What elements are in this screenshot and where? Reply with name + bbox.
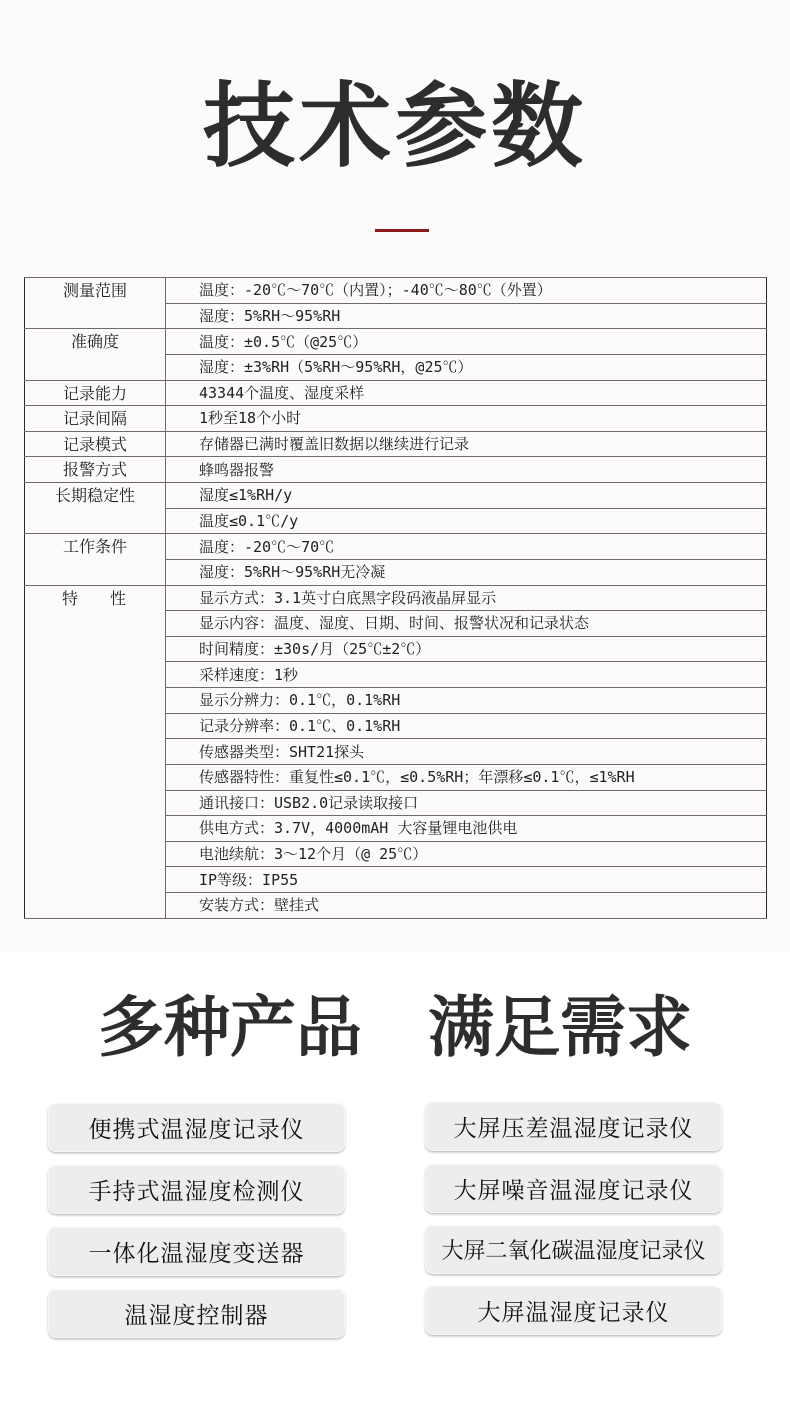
table-row: 测量范围 温度：-20℃～70℃（内置）；-40℃～80℃（外置） (25, 278, 767, 304)
spec-value: IP等级：IP55 (166, 867, 767, 893)
spec-value: 湿度：5%RH～95%RH无冷凝 (166, 559, 767, 585)
spec-value: 温度：-20℃～70℃ (166, 534, 767, 560)
spec-value: 存储器已满时覆盖旧数据以继续进行记录 (166, 431, 767, 457)
spec-value: 传感器类型：SHT21探头 (166, 739, 767, 765)
spec-value: 1秒至18个小时 (166, 406, 767, 432)
table-row: 记录能力 43344个温度、湿度采样 (25, 380, 767, 406)
spec-value: 温度：-20℃～70℃（内置）；-40℃～80℃（外置） (166, 278, 767, 304)
spec-section: 技术参数 测量范围 温度：-20℃～70℃（内置）；-40℃～80℃（外置） 湿… (0, 0, 790, 953)
table-row: 记录间隔 1秒至18个小时 (25, 406, 767, 432)
table-row: 报警方式 蜂鸣器报警 (25, 457, 767, 483)
table-row: 特性 显示方式：3.1英寸白底黑字段码液晶屏显示 (25, 585, 767, 611)
product-button-co2-logger[interactable]: 大屏二氧化碳温湿度记录仪 (425, 1225, 722, 1274)
table-row: 记录模式 存储器已满时覆盖旧数据以继续进行记录 (25, 431, 767, 457)
spec-label: 记录模式 (25, 431, 166, 457)
spec-label: 准确度 (25, 329, 166, 380)
product-button-large-screen-logger[interactable]: 大屏温湿度记录仪 (425, 1286, 722, 1335)
spec-label: 测量范围 (25, 278, 166, 329)
product-button-pressure-logger[interactable]: 大屏压差温湿度记录仪 (425, 1102, 722, 1151)
spec-value: 供电方式：3.7V，4000mAH 大容量锂电池供电 (166, 816, 767, 842)
spec-value: 显示内容：温度、湿度、日期、时间、报警状况和记录状态 (166, 611, 767, 637)
spec-value: 显示方式：3.1英寸白底黑字段码液晶屏显示 (166, 585, 767, 611)
spec-label: 记录间隔 (25, 406, 166, 432)
product-button-noise-logger[interactable]: 大屏噪音温湿度记录仪 (425, 1164, 722, 1213)
spec-value: 时间精度：±30s/月（25℃±2℃） (166, 636, 767, 662)
spec-value: 记录分辨率：0.1℃、0.1%RH (166, 713, 767, 739)
product-button-integrated-transmitter[interactable]: 一体化温湿度变送器 (48, 1227, 345, 1276)
spec-label: 报警方式 (25, 457, 166, 483)
spec-value: 安装方式：壁挂式 (166, 893, 767, 919)
product-button-handheld-meter[interactable]: 手持式温湿度检测仪 (48, 1165, 345, 1214)
spec-value: 湿度：±3%RH（5%RH～95%RH，@25℃） (166, 354, 767, 380)
spec-value: 蜂鸣器报警 (166, 457, 767, 483)
table-row: 工作条件 温度：-20℃～70℃ (25, 534, 767, 560)
spec-label: 工作条件 (25, 534, 166, 585)
spec-value: 通讯接口：USB2.0记录读取接口 (166, 790, 767, 816)
page-title: 技术参数 (0, 72, 790, 182)
spec-value: 湿度：5%RH～95%RH (166, 303, 767, 329)
products-title-left: 多种产品 (98, 988, 362, 1068)
spec-value: 43344个温度、湿度采样 (166, 380, 767, 406)
products-title-right: 满足需求 (428, 988, 692, 1068)
table-row: 长期稳定性 湿度≤1%RH/y (25, 483, 767, 509)
table-row: 准确度 温度：±0.5℃（@25℃） (25, 329, 767, 355)
product-button-portable-logger[interactable]: 便携式温湿度记录仪 (48, 1103, 345, 1152)
spec-value: 显示分辨力：0.1℃，0.1%RH (166, 688, 767, 714)
spec-label: 特性 (25, 585, 166, 918)
spec-table: 测量范围 温度：-20℃～70℃（内置）；-40℃～80℃（外置） 湿度：5%R… (24, 277, 767, 919)
spec-value: 温度：±0.5℃（@25℃） (166, 329, 767, 355)
spec-label: 长期稳定性 (25, 483, 166, 534)
spec-value: 采样速度：1秒 (166, 662, 767, 688)
spec-value: 传感器特性：重复性≤0.1℃，≤0.5%RH；年漂移≤0.1℃，≤1%RH (166, 764, 767, 790)
spec-value: 电池续航：3～12个月（@ 25℃） (166, 841, 767, 867)
product-button-controller[interactable]: 温湿度控制器 (48, 1289, 345, 1338)
title-accent-divider (375, 229, 429, 232)
spec-value: 湿度≤1%RH/y (166, 483, 767, 509)
spec-value: 温度≤0.1℃/y (166, 508, 767, 534)
products-section-title: 多种产品满足需求 (0, 988, 790, 1068)
spec-label: 记录能力 (25, 380, 166, 406)
